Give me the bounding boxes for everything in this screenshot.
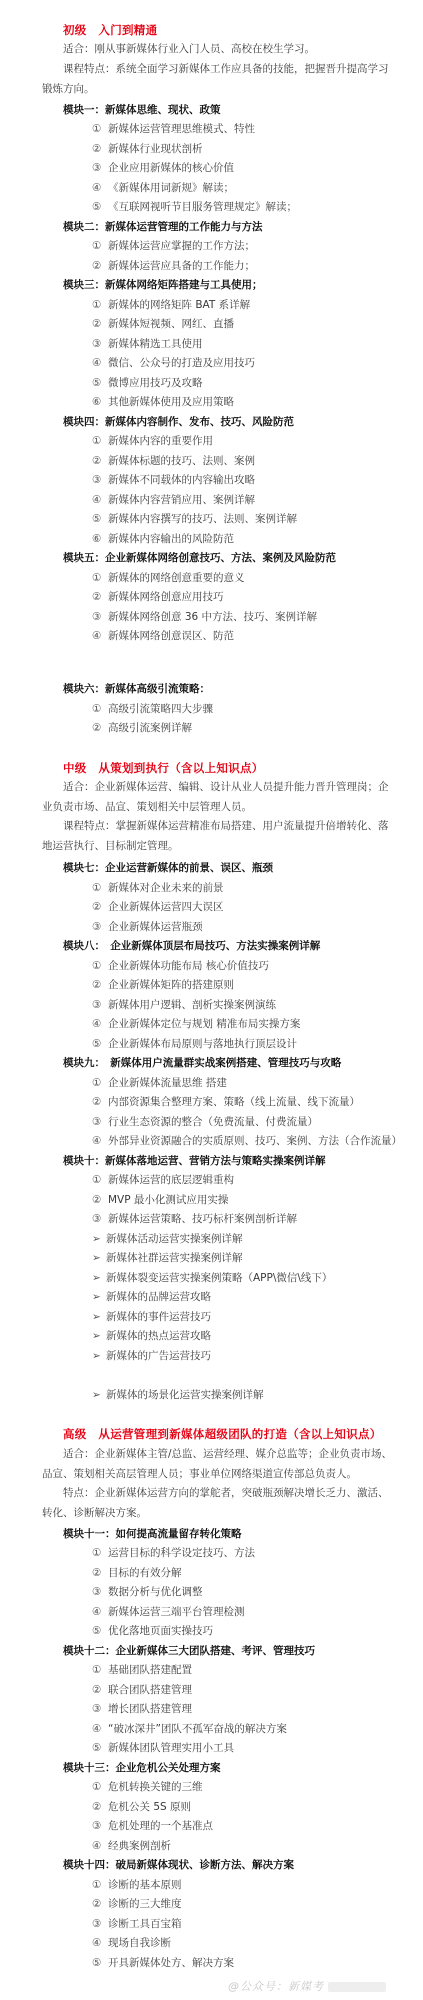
circled-number-marker: ② (92, 591, 108, 603)
circled-number-marker: ④ (92, 182, 108, 194)
module-title: 模块十：新媒体落地运营、营销方法与策略实操案例详解 (63, 1153, 326, 1168)
circled-number-marker: ④ (92, 1135, 108, 1147)
list-item: ②内部资源集合整理方案、策略（线上流量、线下流量） (92, 1094, 360, 1109)
list-item: ①企业新媒体功能布局 核心价值技巧 (92, 958, 269, 973)
list-item: ①新媒体的网络创意重要的意义 (92, 570, 245, 585)
circled-number-marker: ① (92, 1879, 108, 1891)
list-item: ⑤优化落地页面实操技巧 (92, 1623, 213, 1638)
list-item: ④新媒体运营三端平台管理检测 (92, 1604, 245, 1619)
module-title: 模块二：新媒体运营管理的工作能力与方法 (63, 219, 263, 234)
list-item: ④现场自我诊断 (92, 1935, 171, 1950)
arrow-bullet-icon: ➢ (92, 1330, 106, 1342)
circled-number-marker: ② (92, 1898, 108, 1910)
list-item: ➢新媒体的场景化运营实操案例详解 (92, 1387, 264, 1402)
list-item: ⑤开具新媒体处方、解决方案 (92, 1955, 234, 1970)
section-audience: 适合：企业新媒体主管/总监、运营经理、媒介总监等；企业负责市场、品宣、策划相关高… (42, 1445, 394, 1484)
circled-number-marker: ② (92, 1801, 108, 1813)
circled-number-marker: ④ (92, 494, 108, 506)
watermark-text: @公众号：新媒考 (228, 1980, 324, 1993)
list-item: ➢新媒体社群运营实操案例详解 (92, 1250, 243, 1265)
circled-number-marker: ③ (92, 1213, 108, 1225)
list-item: ②企业新媒体矩阵的搭建原则 (92, 977, 234, 992)
list-item: ①诊断的基本原则 (92, 1877, 182, 1892)
circled-number-marker: ③ (92, 1116, 108, 1128)
circled-number-marker: ② (92, 318, 108, 330)
list-item: ③增长团队搭建管理 (92, 1701, 192, 1716)
list-item: ➢新媒体的事件运营技巧 (92, 1309, 211, 1324)
section-features: 特点：企业新媒体运营方向的掌舵者，突破瓶颈解决增长乏力、激活、转化、诊断解决方案… (42, 1484, 394, 1523)
circled-number-marker: ⑤ (92, 1038, 108, 1050)
arrow-bullet-icon: ➢ (92, 1350, 106, 1362)
circled-number-marker: ① (92, 240, 108, 252)
module-title: 模块九： 新媒体用户流量群实战案例搭建、管理技巧与攻略 (63, 1055, 341, 1070)
circled-number-marker: ③ (92, 999, 108, 1011)
list-item: ③新媒体运营策略、技巧标杆案例剖析详解 (92, 1211, 297, 1226)
list-item: ②联合团队搭建管理 (92, 1682, 192, 1697)
circled-number-marker: ① (92, 703, 108, 715)
list-item: ➢新媒体裂变运营实操案例策略（APP\微信\线下） (92, 1270, 332, 1285)
list-item: ②企业新媒体运营四大误区 (92, 899, 224, 914)
list-item: ③新媒体用户逻辑、剖析实操案例演练 (92, 997, 276, 1012)
list-item: ①基础团队搭建配置 (92, 1662, 192, 1677)
list-item: ➢新媒体的广告运营技巧 (92, 1348, 211, 1363)
list-item: ④“破冰深井”团队不孤军奋战的解决方案 (92, 1721, 287, 1736)
list-item: ⑤新媒体团队管理实用小工具 (92, 1740, 234, 1755)
module-title: 模块十二：企业新媒体三大团队搭建、考评、管理技巧 (63, 1643, 315, 1658)
circled-number-marker: ② (92, 1194, 108, 1206)
list-item: ②新媒体网络创意应用技巧 (92, 589, 224, 604)
list-item: ①新媒体的网络矩阵 BAT 系详解 (92, 297, 250, 312)
circled-number-marker: ④ (92, 1018, 108, 1030)
circled-number-marker: ④ (92, 630, 108, 642)
circled-number-marker: ⑥ (92, 396, 108, 408)
circled-number-marker: ③ (92, 921, 108, 933)
module-title: 模块一：新媒体思维、现状、政策 (63, 102, 221, 117)
circled-number-marker: ① (92, 1781, 108, 1793)
circled-number-marker: ① (92, 123, 108, 135)
list-item: ①高级引流策略四大步骤 (92, 701, 213, 716)
arrow-bullet-icon: ➢ (92, 1233, 106, 1245)
circled-number-marker: ② (92, 455, 108, 467)
arrow-bullet-icon: ➢ (92, 1291, 106, 1303)
list-item: ①新媒体内容的重要作用 (92, 433, 213, 448)
list-item: ①运营目标的科学设定技巧、方法 (92, 1545, 255, 1560)
section-audience: 适合：企业新媒体运营、编辑、设计从业人员提升能力晋升管理岗；企业负责市场、品宣、… (42, 778, 394, 817)
circled-number-marker: ① (92, 299, 108, 311)
list-item: ②危机公关 5S 原则 (92, 1799, 191, 1814)
circled-number-marker: ① (92, 882, 108, 894)
list-item: ③新媒体不同载体的内容输出攻略 (92, 472, 255, 487)
circled-number-marker: ④ (92, 1840, 108, 1852)
circled-number-marker: ④ (92, 1937, 108, 1949)
watermark-blur (328, 1982, 386, 1992)
list-item: ①企业新媒体流量思维 搭建 (92, 1075, 227, 1090)
circled-number-marker: ⑤ (92, 1957, 108, 1969)
list-item: ②诊断的三大维度 (92, 1896, 182, 1911)
list-item: ③危机处理的一个基准点 (92, 1818, 213, 1833)
list-item: ③企业应用新媒体的核心价值 (92, 160, 234, 175)
circled-number-marker: ⑤ (92, 513, 108, 525)
list-item: ⑤新媒体内容撰写的技巧、法则、案例详解 (92, 511, 297, 526)
list-item: ⑤微博应用技巧及攻略 (92, 375, 203, 390)
list-item: ④新媒体网络创意误区、防范 (92, 628, 234, 643)
circled-number-marker: ④ (92, 1606, 108, 1618)
circled-number-marker: ③ (92, 611, 108, 623)
circled-number-marker: ③ (92, 162, 108, 174)
circled-number-marker: ⑤ (92, 377, 108, 389)
circled-number-marker: ① (92, 960, 108, 972)
arrow-bullet-icon: ➢ (92, 1252, 106, 1264)
circled-number-marker: ④ (92, 357, 108, 369)
circled-number-marker: ① (92, 1077, 108, 1089)
list-item: ②目标的有效分解 (92, 1565, 182, 1580)
section-title-intermediate: 中级 从策划到执行（含以上知识点） (63, 760, 264, 776)
module-title: 模块十一：如何提高流量留存转化策略 (63, 1526, 242, 1541)
circled-number-marker: ② (92, 1567, 108, 1579)
list-item: ➢新媒体活动运营实操案例详解 (92, 1231, 243, 1246)
list-item: ③企业新媒体运营瓶颈 (92, 919, 203, 934)
list-item: ⑥其他新媒体使用及应用策略 (92, 394, 234, 409)
module-title: 模块十三：企业危机公关处理方案 (63, 1760, 221, 1775)
module-title: 模块七：企业运营新媒体的前景、误区、瓶颈 (63, 860, 273, 875)
section-audience: 适合：刚从事新媒体行业入门人员、高校在校生学习。 (42, 40, 394, 60)
circled-number-marker: ② (92, 979, 108, 991)
list-item: ①新媒体对企业未来的前景 (92, 880, 224, 895)
module-title: 模块五：企业新媒体网络创意技巧、方法、案例及风险防范 (63, 550, 336, 565)
module-title: 模块四：新媒体内容制作、发布、技巧、风险防范 (63, 414, 294, 429)
list-item: ④企业新媒体定位与规划 精准布局实操方案 (92, 1016, 300, 1031)
section-title-advanced: 高级 从运营管理到新媒体超级团队的打造（含以上知识点） (63, 1426, 382, 1442)
list-item: ➢新媒体的热点运营攻略 (92, 1328, 211, 1343)
circled-number-marker: ① (92, 1174, 108, 1186)
list-item: ④《新媒体用词新规》解读； (92, 180, 234, 195)
circled-number-marker: ① (92, 1547, 108, 1559)
module-title: 模块十四：破局新媒体现状、诊断方法、解决方案 (63, 1857, 294, 1872)
list-item: ④新媒体内容营销应用、案例详解 (92, 492, 255, 507)
circled-number-marker: ③ (92, 474, 108, 486)
list-item: ②新媒体标题的技巧、法则、案例 (92, 453, 255, 468)
list-item: ⑥新媒体内容输出的风险防范 (92, 531, 234, 546)
circled-number-marker: ③ (92, 1586, 108, 1598)
arrow-bullet-icon: ➢ (92, 1389, 106, 1401)
circled-number-marker: ① (92, 1664, 108, 1676)
list-item: ②MVP 最小化测试应用实操 (92, 1192, 228, 1207)
circled-number-marker: ① (92, 572, 108, 584)
list-item: ②新媒体短视频、网红、直播 (92, 316, 234, 331)
circled-number-marker: ⑤ (92, 1742, 108, 1754)
list-item: ①新媒体运营的底层逻辑重构 (92, 1172, 234, 1187)
circled-number-marker: ① (92, 435, 108, 447)
list-item: ⑤企业新媒体布局原则与落地执行顶层设计 (92, 1036, 297, 1051)
list-item: ③数据分析与优化调整 (92, 1584, 203, 1599)
list-item: ④微信、公众号的打造及应用技巧 (92, 355, 255, 370)
watermark: @公众号：新媒考 (228, 1978, 386, 1994)
module-title: 模块六：新媒体高级引流策略： (63, 681, 210, 696)
circled-number-marker: ③ (92, 1820, 108, 1832)
circled-number-marker: ② (92, 722, 108, 734)
circled-number-marker: ② (92, 260, 108, 272)
list-item: ②高级引流案例详解 (92, 720, 192, 735)
list-item: ➢新媒体的品牌运营攻略 (92, 1289, 211, 1304)
list-item: ③新媒体网络创意 36 中方法、技巧、案例详解 (92, 609, 317, 624)
circled-number-marker: ② (92, 901, 108, 913)
circled-number-marker: ⑥ (92, 533, 108, 545)
list-item: ①新媒体运营应掌握的工作方法； (92, 238, 255, 253)
arrow-bullet-icon: ➢ (92, 1272, 106, 1284)
arrow-bullet-icon: ➢ (92, 1311, 106, 1323)
list-item: ②新媒体行业现状剖析 (92, 141, 203, 156)
section-features: 课程特点：系统全面学习新媒体工作应具备的技能，把握晋升提高学习锻炼方向。 (42, 60, 394, 99)
list-item: ④外部异业资源融合的实质原则、技巧、案例、方法（合作流量） (92, 1133, 402, 1148)
list-item: ③行业生态资源的整合（免费流量、付费流量） (92, 1114, 318, 1129)
module-title: 模块八： 企业新媒体顶层布局技巧、方法实操案例详解 (63, 938, 320, 953)
list-item: ②新媒体运营应具备的工作能力； (92, 258, 255, 273)
circled-number-marker: ② (92, 1684, 108, 1696)
list-item: ⑤《互联网视听节目服务管理规定》解读； (92, 199, 297, 214)
circled-number-marker: ⑤ (92, 1625, 108, 1637)
list-item: ①新媒体运营管理思维模式、特性 (92, 121, 255, 136)
circled-number-marker: ② (92, 143, 108, 155)
circled-number-marker: ③ (92, 338, 108, 350)
circled-number-marker: ⑤ (92, 201, 108, 213)
list-item: ④经典案例剖析 (92, 1838, 171, 1853)
circled-number-marker: ② (92, 1096, 108, 1108)
list-item: ①危机转换关键的三维 (92, 1779, 203, 1794)
list-item: ③诊断工具百宝箱 (92, 1916, 182, 1931)
module-title: 模块三：新媒体网络矩阵搭建与工具使用； (63, 277, 263, 292)
section-features: 课程特点：掌握新媒体运营精准布局搭建、用户流量提升倍增转化、落地运营执行、目标制… (42, 817, 394, 856)
circled-number-marker: ③ (92, 1918, 108, 1930)
section-title-beginner: 初级 入门到精通 (63, 22, 157, 38)
list-item: ③新媒体精选工具使用 (92, 336, 203, 351)
circled-number-marker: ③ (92, 1703, 108, 1715)
circled-number-marker: ④ (92, 1723, 108, 1735)
